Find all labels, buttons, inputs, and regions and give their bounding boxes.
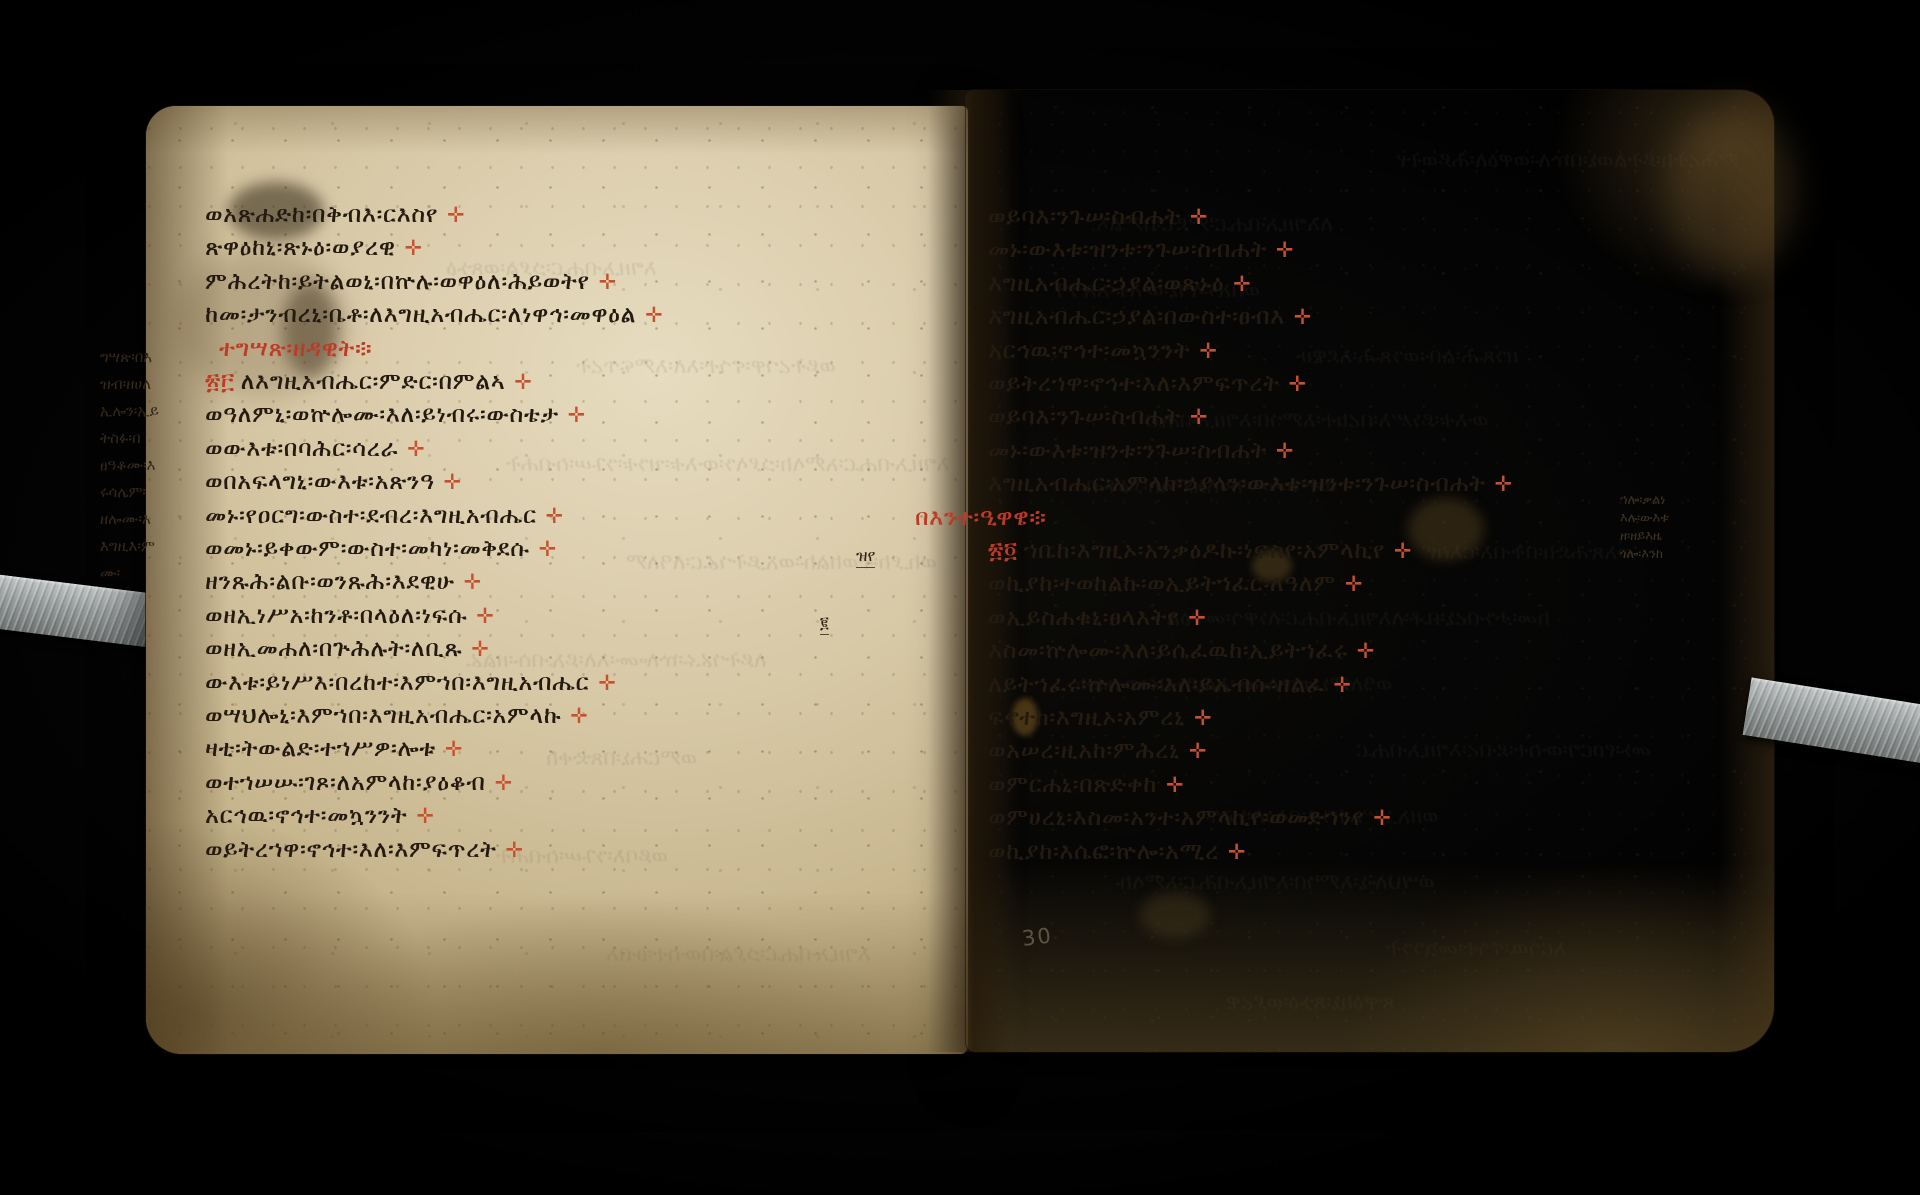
bleedthrough-ghost-line: ዘንጹሕ፡ልቡ፡ወንጹሕ፡እደዊሁ bbox=[1296, 344, 1519, 369]
bleedthrough-ghost-line: ወአጽሐድከ፡በቅብእ፡ርእስየ bbox=[1426, 540, 1634, 565]
ink-bleedthrough-right: ምሕረትከ፡ይትልወኒ፡በኵሉ፡ወዋዕለ፡ሕይወትየለእግዚአብሔር፡ምድር፡በ… bbox=[966, 90, 1774, 1052]
bleedthrough-ghost-line: ወሣህሎኒ፡እምኀበ፡እግዚአብሔር፡አምላኩ bbox=[1116, 870, 1435, 895]
bleedthrough-ghost-line: ወኪያከ፡ተወከልኩ፡ወኢይትኀፈር፡ለዓለም bbox=[626, 550, 937, 575]
bleedthrough-ghost-line: አርኅዉ፡ኖኅተ፡መኳንንት bbox=[1386, 936, 1566, 961]
page-shading bbox=[966, 90, 1774, 1052]
bleedthrough-ghost-line: ወተኀሠሡ፡ገጾ፡ለአምላከ፡ያዕቆብ bbox=[1086, 474, 1336, 499]
bleedthrough-ghost-line: እግዚአብሔር፡ኃያል፡በውስተ፡ፀብእ bbox=[606, 942, 871, 967]
manuscript-page-left: እግዚአብሔር፡ኃያል፡ወጽኑዕወይትረኀዋ፡ኖኅተ፡እለ፡እምፍጥረትእግዚአ… bbox=[146, 106, 968, 1054]
bleedthrough-ghost-line: ጽዋዕከኒ፡ጽኑዕ፡ወያረዊ bbox=[1226, 990, 1395, 1015]
parchment-speckles bbox=[146, 106, 968, 1054]
bleedthrough-ghost-line: ምሕረትከ፡ይትልወኒ፡በኵሉ፡ወዋዕለ፡ሕይወትየ bbox=[1396, 148, 1739, 173]
ink-bleedthrough-left: እግዚአብሔር፡ኃያል፡ወጽኑዕወይትረኀዋ፡ኖኅተ፡እለ፡እምፍጥረትእግዚአ… bbox=[146, 106, 968, 1054]
bleedthrough-ghost-line: ወምርሐኒ፡በጽድቀከ bbox=[546, 746, 697, 771]
bleedthrough-ghost-line: ለእግዚአብሔር፡ምድር፡በምልኣ bbox=[1096, 212, 1333, 237]
manuscript-page-right: ምሕረትከ፡ይትልወኒ፡በኵሉ፡ወዋዕለ፡ሕይወትየለእግዚአብሔር፡ምድር፡በ… bbox=[966, 90, 1774, 1052]
bleedthrough-ghost-line: ከመ፡ታንብረኒ፡ቤቶ፡ለእግዚአብሔር፡ለነዋኅ፡መዋዕል bbox=[1166, 606, 1550, 631]
bleedthrough-ghost-line: ወበአፍላግኒ፡ውእቱ፡አጽንዓ bbox=[1056, 278, 1260, 303]
bleedthrough-ghost-line: ወይትረኀዋ፡ኖኅተ፡እለ፡እምፍጥረት bbox=[576, 354, 836, 379]
bleedthrough-ghost-line: ወዓለምኒ፡ወኵሎሙ፡እለ፡ይነብሩ፡ውስቴታ bbox=[1076, 672, 1392, 697]
page-shading bbox=[146, 106, 968, 1054]
parchment-speckles bbox=[966, 90, 1774, 1052]
bleedthrough-ghost-line: ወዘኢነሥአ፡ከንቶ፡በላዕለ፡ነፍሱ bbox=[1206, 804, 1439, 829]
bleedthrough-ghost-line: ውእቱ፡ይነሥእ፡በረከተ፡እምኀበ፡እግዚአብሔር bbox=[1146, 408, 1489, 433]
bleedthrough-ghost-line: ወይባእ፡ንጉሠ፡ስብሐት bbox=[496, 844, 668, 869]
bleedthrough-ghost-line: መኑ፡የዐርግ፡ውስተ፡ደብረ፡እግዚአብሔር bbox=[1356, 738, 1651, 763]
bleedthrough-ghost-line: እግዚአብሔር፡አምላከ፡ኃያላን፡ውእቱ፡ዝንቱ፡ንጉሠ፡ስብሐት bbox=[506, 452, 949, 477]
bleedthrough-ghost-line: ለይትኀፈሩ፡ኵሎሙ፡እለ፡ይኤብሱ፡ዘልፈ bbox=[466, 648, 767, 673]
photograph-background: እግዚአብሔር፡ኃያል፡ወጽኑዕወይትረኀዋ፡ኖኅተ፡እለ፡እምፍጥረትእግዚአ… bbox=[0, 0, 1920, 1195]
bleedthrough-ghost-line: እግዚአብሔር፡ኃያል፡ወጽኑዕ bbox=[446, 256, 657, 281]
